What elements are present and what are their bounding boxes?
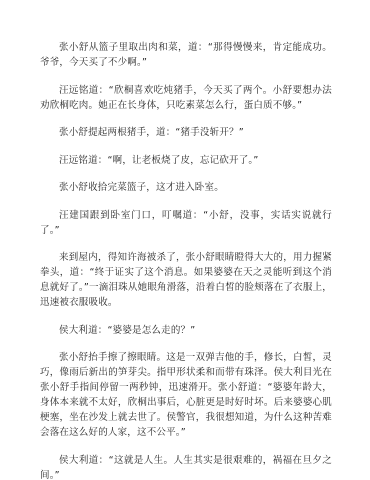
paragraph: 张小舒收拾完菜篮子，这才进入卧室。 — [40, 180, 332, 195]
paragraph: 张小舒抬手擦了擦眼睛。这是一双弹吉他的手，修长，白皙，灵巧，像雨后新出的笋芽尖。… — [40, 350, 332, 440]
paragraph: 汪远铭道：“啊，让老板烧了皮，忘记砍开了。” — [40, 153, 332, 168]
paragraph: 张小舒从篮子里取出肉和菜，道：“那得慢慢来，肯定能成功。爷爷，今天买了不少啊。” — [40, 40, 332, 70]
paragraph: 汪远铭道：“欣桐喜欢吃炖猪手，今天买了两个。小舒要想办法劝欣桐吃肉。她正在长身体… — [40, 83, 332, 113]
paragraph: 侯大利道：“婆婆是怎么走的？” — [40, 323, 332, 338]
paragraph: 张小舒提起两根猪手，道：“猪手没斩开？” — [40, 125, 332, 140]
paragraph: 汪建国跟到卧室门口，叮嘱道：“小舒，没事，实话实说就行了。” — [40, 208, 332, 238]
ebook-page: 张小舒从篮子里取出肉和菜，道：“那得慢慢来，肯定能成功。爷爷，今天买了不少啊。”… — [0, 0, 370, 480]
paragraph: 来到屋内，得知许海被杀了，张小舒眼睛瞪得大大的，用力握紧拳头，道：“终于证实了这… — [40, 250, 332, 310]
paragraph: 侯大利道：“这就是人生。人生其实是很艰难的，祸福在旦夕之间。” — [40, 453, 332, 480]
